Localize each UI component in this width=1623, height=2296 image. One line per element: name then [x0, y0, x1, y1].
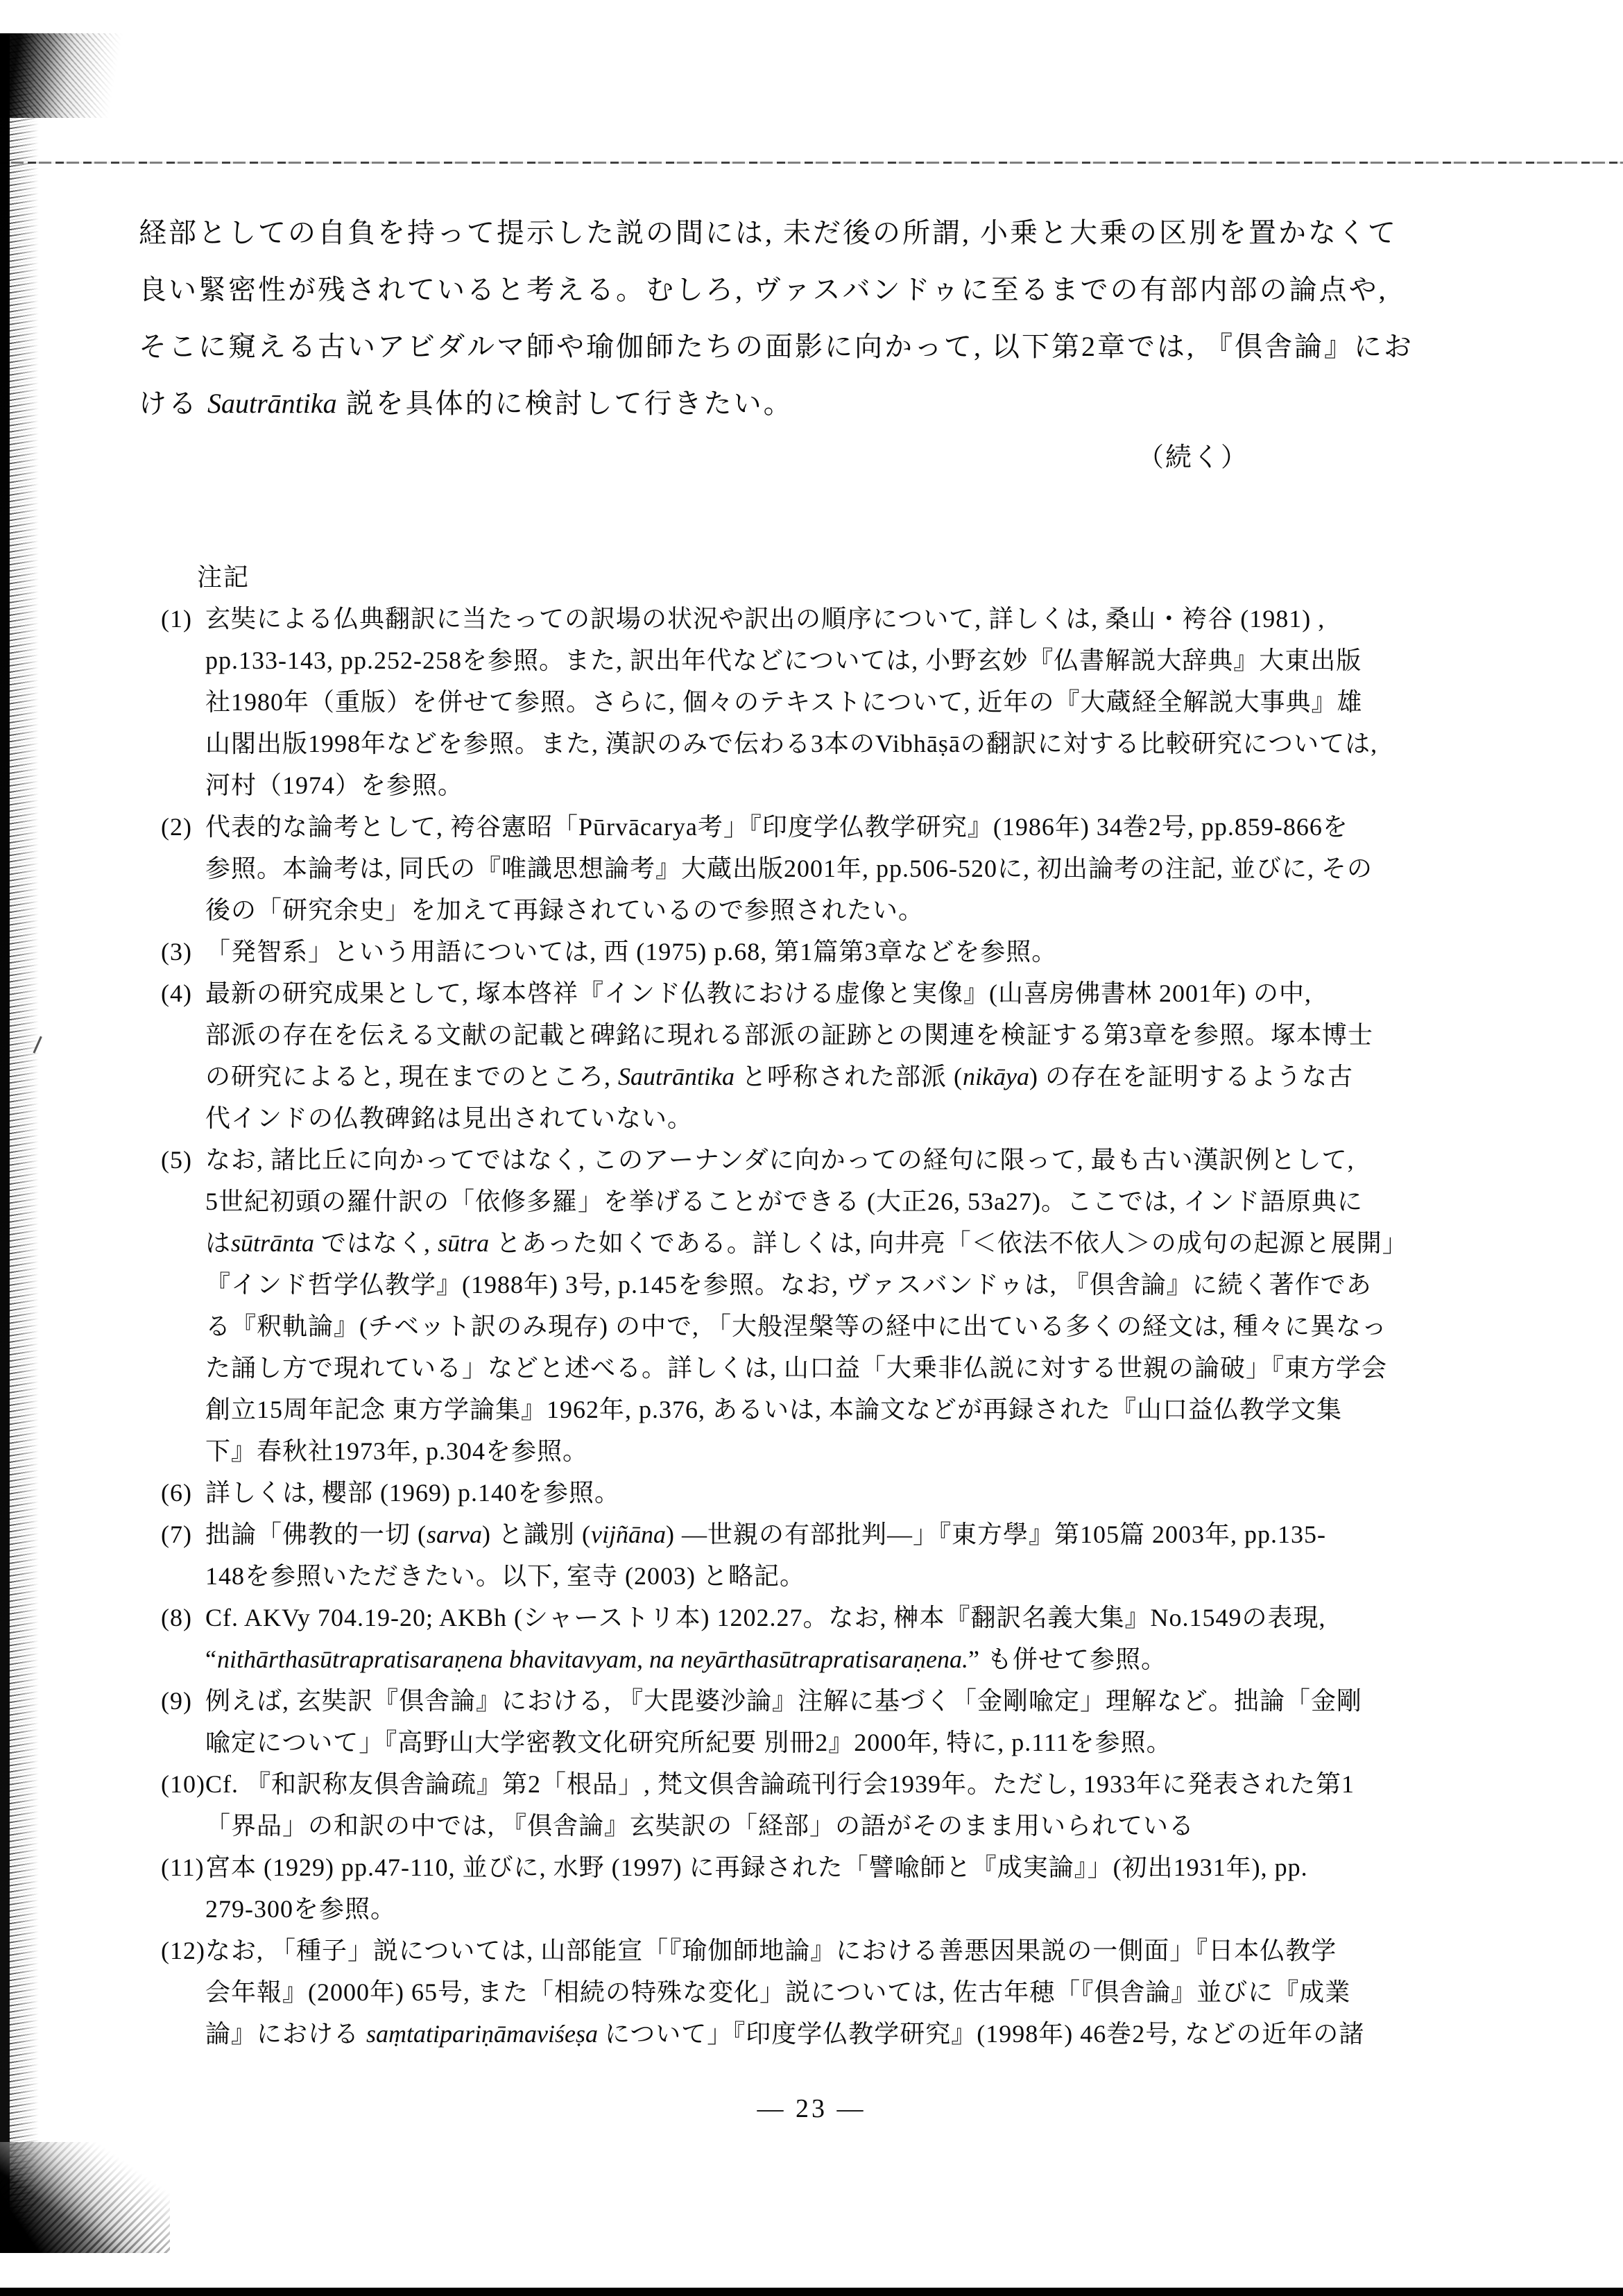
note-item: (2)代表的な論考として, 袴谷憲昭「Pūrvācarya考」『印度学仏教学研究… — [161, 806, 1500, 931]
text-line: 創立15周年記念 東方学論集』1962年, p.376, あるいは, 本論文など… — [205, 1389, 1500, 1430]
note-item: (9)例えば, 玄奘訳『倶舎論』における, 『大毘婆沙論』注解に基づく「金剛喩定… — [161, 1680, 1500, 1763]
text-line: 『インド哲学仏教学』(1988年) 3号, p.145を参照。なお, ヴァスバン… — [205, 1264, 1500, 1305]
text-line: なお, 諸比丘に向かってではなく, このアーナンダに向かっての経句に限って, 最… — [205, 1139, 1500, 1181]
text-line: 例えば, 玄奘訳『倶舎論』における, 『大毘婆沙論』注解に基づく「金剛喩定」理解… — [205, 1680, 1500, 1722]
text-line: 279-300を参照。 — [205, 1888, 1500, 1930]
text-line: の研究によると, 現在までのところ, Sautrāntika と呼称された部派 … — [205, 1056, 1500, 1097]
continued-marker: （続く） — [139, 436, 1248, 474]
note-number: (9) — [161, 1680, 192, 1722]
text-line: 宮本 (1929) pp.47-110, 並びに, 水野 (1997) に再録さ… — [205, 1847, 1500, 1888]
note-item: (10)Cf. 『和訳称友倶舎論疏』第2「根品」, 梵文倶舎論疏刊行会1939年… — [161, 1763, 1500, 1847]
text-line: 詳しくは, 櫻部 (1969) p.140を参照。 — [205, 1472, 1500, 1514]
text-line: た誦し方で現れている」などと述べる。詳しくは, 山口益「大乗非仏説に対する世親の… — [205, 1347, 1500, 1389]
note-number: (6) — [161, 1472, 192, 1514]
page-number: — 23 — — [0, 2093, 1623, 2124]
text-line: 代インドの仏教碑銘は見出されていない。 — [205, 1097, 1500, 1139]
scan-artifact-left-edge-noise — [8, 33, 43, 2250]
note-number: (5) — [161, 1139, 192, 1181]
text-line: 喩定について」『高野山大学密教文化研究所紀要 別冊2』2000年, 特に, p.… — [205, 1722, 1500, 1763]
text-line: 拙論「佛教的一切 (sarva) と識別 (vijñāna) ―世親の有部批判―… — [205, 1514, 1500, 1555]
notes-list: (1)玄奘による仏典翻訳に当たっての訳場の状況や訳出の順序について, 詳しくは,… — [161, 598, 1500, 2055]
note-number: (8) — [161, 1597, 192, 1638]
text-line: 部派の存在を伝える文献の記載と碑銘に現れる部派の証跡との関連を検証する第3章を参… — [205, 1014, 1500, 1056]
text-line: Cf. AKVy 704.19-20; AKBh (シャーストリ本) 1202.… — [205, 1597, 1500, 1638]
note-item: (8)Cf. AKVy 704.19-20; AKBh (シャーストリ本) 12… — [161, 1597, 1500, 1680]
text-line: 後の「研究余史」を加えて再録されているので参照されたい。 — [205, 889, 1500, 931]
scan-artifact-top-left-blob — [0, 33, 156, 118]
note-number: (3) — [161, 931, 192, 973]
text-line: なお, 「種子」説については, 山部能宣「『瑜伽師地論』における善悪因果説の一側… — [205, 1930, 1500, 1971]
text-line: そこに窺える古いアビダルマ師や瑜伽師たちの面影に向かって, 以下第2章では, 『… — [139, 318, 1498, 375]
text-line: 山閣出版1998年などを参照。また, 漢訳のみで伝わる3本のVibhāṣāの翻訳… — [205, 723, 1500, 764]
notes-heading: 注記 — [197, 558, 250, 593]
text-line: 社1980年（重版）を併せて参照。さらに, 個々のテキストについて, 近年の『大… — [205, 681, 1500, 723]
scan-artifact-bottom-left-blob — [0, 2142, 170, 2253]
text-line: 5世紀初頭の羅什訳の「依修多羅」を挙げることができる (大正26, 53a27)… — [205, 1181, 1500, 1222]
note-item: (3)「発智系」という用語については, 西 (1975) p.68, 第1篇第3… — [161, 931, 1500, 973]
note-number: (11) — [161, 1847, 205, 1888]
text-line: Cf. 『和訳称友倶舎論疏』第2「根品」, 梵文倶舎論疏刊行会1939年。ただし… — [205, 1763, 1500, 1805]
note-item: (12)なお, 「種子」説については, 山部能宣「『瑜伽師地論』における善悪因果… — [161, 1930, 1500, 2055]
text-line: 経部としての自負を持って提示した説の間には, 未だ後の所謂, 小乗と大乗の区別を… — [139, 205, 1498, 262]
note-number: (7) — [161, 1514, 192, 1555]
text-line: 148を参照いただきたい。以下, 室寺 (2003) と略記。 — [205, 1555, 1500, 1597]
text-line: 玄奘による仏典翻訳に当たっての訳場の状況や訳出の順序について, 詳しくは, 桑山… — [205, 598, 1500, 640]
text-line: はsūtrānta ではなく, sūtra とあった如くである。詳しくは, 向井… — [205, 1222, 1500, 1264]
text-line: “nithārthasūtrapratisaraṇena bhavitavyam… — [205, 1638, 1500, 1680]
note-item: (6)詳しくは, 櫻部 (1969) p.140を参照。 — [161, 1472, 1500, 1514]
note-item: (5)なお, 諸比丘に向かってではなく, このアーナンダに向かっての経句に限って… — [161, 1139, 1500, 1472]
text-line: 論』における saṃtatipariṇāmaviśeṣa について」『印度学仏教… — [205, 2013, 1500, 2055]
text-line: 良い緊密性が残されていると考える。むしろ, ヴァスバンドゥに至るまでの有部内部の… — [139, 262, 1498, 318]
text-line: る『釈軌論』(チベット訳のみ現存) の中で, 「大般涅槃等の経中に出ている多くの… — [205, 1305, 1500, 1347]
text-line: 参照。本論考は, 同氏の『唯識思想論考』大蔵出版2001年, pp.506-52… — [205, 848, 1500, 889]
scanned-document-page: 経部としての自負を持って提示した説の間には, 未だ後の所謂, 小乗と大乗の区別を… — [0, 0, 1623, 2296]
note-item: (7)拙論「佛教的一切 (sarva) と識別 (vijñāna) ―世親の有部… — [161, 1514, 1500, 1597]
note-number: (2) — [161, 806, 192, 848]
note-number: (12) — [161, 1930, 205, 1971]
text-line: ける Sautrāntika 説を具体的に検討して行きたい。 — [139, 375, 1498, 432]
text-line: 「発智系」という用語については, 西 (1975) p.68, 第1篇第3章など… — [205, 931, 1500, 973]
note-number: (10) — [161, 1763, 205, 1805]
text-line: 代表的な論考として, 袴谷憲昭「Pūrvācarya考」『印度学仏教学研究』(1… — [205, 806, 1500, 848]
scan-artifact-bottom-band — [0, 2288, 1623, 2296]
note-number: (1) — [161, 598, 192, 640]
text-line: 下』春秋社1973年, p.304を参照。 — [205, 1430, 1500, 1472]
note-item: (4)最新の研究成果として, 塚本啓祥『インド仏教における虚像と実像』(山喜房佛… — [161, 973, 1500, 1139]
body-paragraph: 経部としての自負を持って提示した説の間には, 未だ後の所謂, 小乗と大乗の区別を… — [139, 205, 1498, 432]
note-item: (11)宮本 (1929) pp.47-110, 並びに, 水野 (1997) … — [161, 1847, 1500, 1930]
text-line: 会年報』(2000年) 65号, また「相続の特殊な変化」説については, 佐古年… — [205, 1971, 1500, 2013]
scan-artifact-dashed-line — [0, 162, 1623, 164]
note-item: (1)玄奘による仏典翻訳に当たっての訳場の状況や訳出の順序について, 詳しくは,… — [161, 598, 1500, 806]
note-number: (4) — [161, 973, 192, 1014]
text-line: pp.133-143, pp.252-258を参照。また, 訳出年代などについて… — [205, 640, 1500, 681]
text-line: 最新の研究成果として, 塚本啓祥『インド仏教における虚像と実像』(山喜房佛書林 … — [205, 973, 1500, 1014]
text-line: 「界品」の和訳の中では, 『倶舎論』玄奘訳の「経部」の語がそのまま用いられている — [205, 1805, 1500, 1847]
text-line: 河村（1974）を参照。 — [205, 764, 1500, 806]
